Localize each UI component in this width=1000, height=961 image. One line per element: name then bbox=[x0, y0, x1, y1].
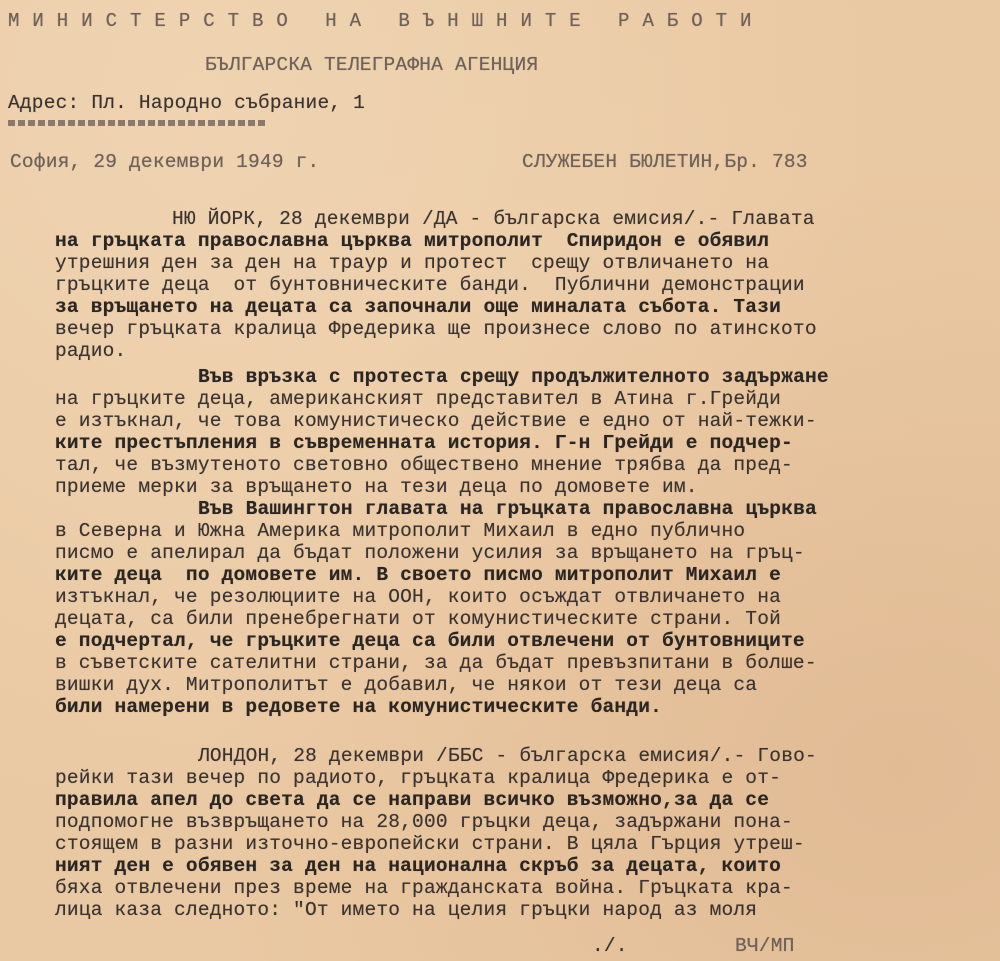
body-line: гръцките деца от бунтовническите банди. … bbox=[55, 274, 805, 296]
body-line: НЮ ЙОРК, 28 декември /ДА - българска еми… bbox=[172, 208, 815, 230]
body-line: изтъкнал, че резолюциите на ООН, които о… bbox=[55, 586, 781, 608]
body-line: радио. bbox=[55, 340, 126, 362]
body-line: Във Вашингтон главата на гръцката правос… bbox=[198, 498, 817, 520]
bulletin-number: СЛУЖЕБЕН БЮЛЕТИН,Бр. 783 bbox=[522, 151, 808, 173]
body-line: в Северна и Южна Америка митрополит Миха… bbox=[55, 520, 745, 542]
ministry-header: МИНИСТЕРСТВО НА ВЪНШНИТЕ РАБОТИ bbox=[8, 10, 764, 32]
body-line: лица каза следното: "От името на целия г… bbox=[55, 899, 757, 921]
body-line: вечер гръцката кралица Фредерика ще прои… bbox=[55, 318, 817, 340]
body-line: на гръцката православна църква митрополи… bbox=[55, 230, 769, 252]
body-line: децата, са били пренебрегнати от комунис… bbox=[55, 608, 781, 630]
body-line: писмо е апелирал да бъдат положени усили… bbox=[55, 542, 805, 564]
continuation-mark: ./. bbox=[592, 935, 628, 957]
body-line: подпомогне възвръщането на 28,000 гръцки… bbox=[55, 811, 793, 833]
body-line: за връщането на децата са започнали още … bbox=[55, 296, 781, 318]
agency-header: БЪЛГАРСКА ТЕЛЕГРАФНА АГЕНЦИЯ bbox=[205, 54, 538, 76]
body-line: на гръцките деца, американският представ… bbox=[55, 388, 781, 410]
body-line: ките престъпления в съвременната история… bbox=[55, 432, 793, 454]
address-line: Адрес: Пл. Народно събрание, 1 bbox=[8, 92, 365, 114]
body-line: тал, че възмутеното световно обществено … bbox=[55, 454, 793, 476]
header-divider bbox=[8, 120, 266, 126]
body-line: утрешния ден за ден на траур и протест с… bbox=[55, 252, 769, 274]
body-line: ките деца по домовете им. В своето писмо… bbox=[55, 564, 781, 586]
typist-initials: ВЧ/МП bbox=[735, 935, 795, 957]
body-line: стоящем в разни източно-европейски стран… bbox=[55, 833, 805, 855]
body-line: рейки тази вечер по радиото, гръцката кр… bbox=[55, 767, 781, 789]
typescript-document: МИНИСТЕРСТВО НА ВЪНШНИТЕ РАБОТИ БЪЛГАРСК… bbox=[0, 0, 1000, 961]
body-line: Във връзка с протеста срещу продължителн… bbox=[198, 366, 829, 388]
body-line: приеме мерки за връщането на тези деца п… bbox=[55, 476, 698, 498]
body-line: ЛОНДОН, 28 декември /ББС - българска еми… bbox=[198, 745, 817, 767]
body-line: ният ден е обявен за ден на национална с… bbox=[55, 855, 781, 877]
body-line: е подчертал, че гръцките деца са били от… bbox=[55, 630, 805, 652]
body-line: бяха отвлечени през време на гражданскат… bbox=[55, 877, 793, 899]
body-line: в съветските сателитни страни, за да бъд… bbox=[55, 652, 817, 674]
body-line: били намерени в редовете на комунистичес… bbox=[55, 696, 662, 718]
body-line: правила апел до света да се направи всич… bbox=[55, 789, 769, 811]
place-date: София, 29 декември 1949 г. bbox=[10, 151, 319, 173]
body-line: вишки дух. Митрополитът е добавил, че ня… bbox=[55, 674, 757, 696]
body-line: е изтъкнал, че това комунистическо дейст… bbox=[55, 410, 817, 432]
